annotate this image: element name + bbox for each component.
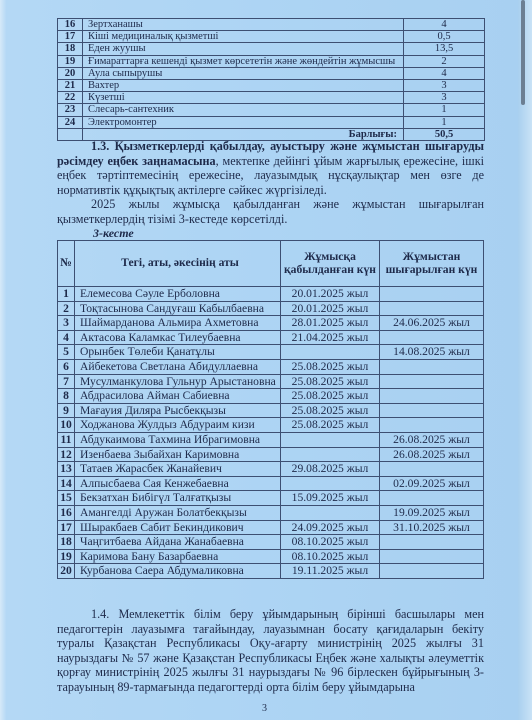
row-number: 10	[58, 418, 75, 433]
position-count: 1	[404, 104, 485, 116]
dismissed-date	[380, 301, 484, 316]
row-number: 17	[58, 520, 75, 535]
hired-date	[281, 476, 380, 491]
staff-count-table: 16Зертханашы417Кіші медициналық қызметші…	[57, 18, 485, 141]
row-number: 21	[58, 79, 83, 91]
dismissed-date	[380, 491, 484, 506]
employee-name: Орынбек Төлеби Қанатұлы	[75, 345, 281, 360]
table-row: 5Орынбек Төлеби Қанатұлы14.08.2025 жыл	[58, 345, 484, 360]
table-row: 10Ходжанова Жулдыз Абдураим кизи25.08.20…	[58, 418, 484, 433]
position-name: Электромонтер	[83, 116, 404, 128]
position-name: Еден жуушы	[83, 43, 404, 55]
employee-name: Татаев Жарасбек Жанайевич	[75, 462, 281, 477]
scrollbar[interactable]	[518, 0, 532, 720]
position-name: Зертханашы	[83, 19, 404, 31]
row-number: 7	[58, 374, 75, 389]
row-number: 13	[58, 462, 75, 477]
page-number: 3	[262, 703, 267, 714]
employee-name: Курбанова Саера Абдумаликовна	[75, 564, 281, 579]
table-row: 14Алпысбаева Сая Кенжебаевна02.09.2025 ж…	[58, 476, 484, 491]
hired-date: 19.11.2025 жыл	[281, 564, 380, 579]
employee-name: Абдукаимова Тахмина Ибрагимовна	[75, 432, 281, 447]
hired-date: 21.04.2025 жыл	[281, 330, 380, 345]
row-number: 8	[58, 389, 75, 404]
employee-name: Актасова Каламкас Тилеубаевна	[75, 330, 281, 345]
hired-date	[281, 432, 380, 447]
page-edge	[0, 0, 6, 720]
row-number: 9	[58, 403, 75, 418]
dismissed-date	[380, 462, 484, 477]
hired-date: 24.09.2025 жыл	[281, 520, 380, 535]
dismissed-date	[380, 287, 484, 302]
dismissed-date: 26.08.2025 жыл	[380, 432, 484, 447]
hired-date	[281, 447, 380, 462]
header-dismissed: Жұмыстан шығарылған күн	[380, 241, 484, 287]
employee-name: Абдрасилова Айман Сабиевна	[75, 389, 281, 404]
employee-name: Айбекетова Светлана Абидуллаевна	[75, 359, 281, 374]
hired-date: 25.08.2025 жыл	[281, 374, 380, 389]
hired-date	[281, 505, 380, 520]
table-row: 3Шаймарданова Альмира Ахметовна28.01.202…	[58, 316, 484, 331]
hired-date: 25.08.2025 жыл	[281, 359, 380, 374]
table-row: 8Абдрасилова Айман Сабиевна25.08.2025 жы…	[58, 389, 484, 404]
hired-date: 20.01.2025 жыл	[281, 301, 380, 316]
row-number: 19	[58, 549, 75, 564]
table-row: 7Мусулманкулова Гульнур Арыстановна25.08…	[58, 374, 484, 389]
position-name: Аула сыпырушы	[83, 67, 404, 79]
employee-name: Алпысбаева Сая Кенжебаевна	[75, 476, 281, 491]
row-number: 14	[58, 476, 75, 491]
employee-name: Изенбаева Зыбайхан Каримовна	[75, 447, 281, 462]
row-number: 22	[58, 92, 83, 104]
table-row: 16Зертханашы4	[58, 19, 485, 31]
dismissed-date: 19.09.2025 жыл	[380, 505, 484, 520]
row-number: 17	[58, 31, 83, 43]
dismissed-date	[380, 535, 484, 550]
table-row: 2Тоқтасынова Сандуғаш Кабылбаевна20.01.2…	[58, 301, 484, 316]
dismissed-date	[380, 389, 484, 404]
dismissed-date	[380, 374, 484, 389]
hiring-dismissal-table: № Тегі, аты, әкесінің аты Жұмысқа қабылд…	[57, 240, 484, 579]
table-row: 15Бекзатхан Бибігүл Талғатқызы15.09.2025…	[58, 491, 484, 506]
table-row: 4Актасова Каламкас Тилеубаевна21.04.2025…	[58, 330, 484, 345]
position-name: Ғимараттарға кешенді қызмет көрсететін ж…	[83, 55, 404, 67]
table-row: 17Шыракбаев Сабит Бекиндикович24.09.2025…	[58, 520, 484, 535]
position-name: Слесарь-сантехник	[83, 104, 404, 116]
row-number: 24	[58, 116, 83, 128]
position-name: Вахтер	[83, 79, 404, 91]
position-count: 3	[404, 79, 485, 91]
row-number: 1	[58, 287, 75, 302]
row-number: 18	[58, 535, 75, 550]
table-header-row: № Тегі, аты, әкесінің аты Жұмысқа қабылд…	[58, 241, 484, 287]
row-number: 6	[58, 359, 75, 374]
employee-name: Тоқтасынова Сандуғаш Кабылбаевна	[75, 301, 281, 316]
row-number: 2	[58, 301, 75, 316]
table-row: 1Елемесова Сәуле Ерболовна20.01.2025 жыл	[58, 287, 484, 302]
row-number: 16	[58, 19, 83, 31]
section-1-3-paragraph: 1.3. Қызметкерлерді қабылдау, ауыстыру ж…	[57, 139, 484, 197]
position-count: 0,5	[404, 31, 485, 43]
hired-date: 15.09.2025 жыл	[281, 491, 380, 506]
dismissed-date	[380, 549, 484, 564]
row-number: 4	[58, 330, 75, 345]
employee-name: Ходжанова Жулдыз Абдураим кизи	[75, 418, 281, 433]
dismissed-date: 02.09.2025 жыл	[380, 476, 484, 491]
employee-name: Елемесова Сәуле Ерболовна	[75, 287, 281, 302]
employee-name: Амангелді Аружан Болатбекқызы	[75, 505, 281, 520]
employee-name: Бекзатхан Бибігүл Талғатқызы	[75, 491, 281, 506]
section-1-4-text: 1.4. Мемлекеттік білім беру ұйымдарының …	[57, 607, 484, 694]
table-row: 6Айбекетова Светлана Абидуллаевна25.08.2…	[58, 359, 484, 374]
dismissed-date: 24.06.2025 жыл	[380, 316, 484, 331]
hired-date	[281, 345, 380, 360]
table-row: 20Аула сыпырушы4	[58, 67, 485, 79]
table-row: 13Татаев Жарасбек Жанайевич29.08.2025 жы…	[58, 462, 484, 477]
position-count: 2	[404, 55, 485, 67]
position-name: Күзетші	[83, 92, 404, 104]
row-number: 19	[58, 55, 83, 67]
table-row: 16Амангелді Аружан Болатбекқызы19.09.202…	[58, 505, 484, 520]
dismissed-date	[380, 359, 484, 374]
dismissed-date	[380, 564, 484, 579]
row-number: 16	[58, 505, 75, 520]
table-row: 24Электромонтер1	[58, 116, 485, 128]
dismissed-date	[380, 418, 484, 433]
position-count: 4	[404, 67, 485, 79]
table-row: 23Слесарь-сантехник1	[58, 104, 485, 116]
position-count: 1	[404, 116, 485, 128]
hired-date: 25.08.2025 жыл	[281, 418, 380, 433]
position-count: 4	[404, 19, 485, 31]
document-page: 16Зертханашы417Кіші медициналық қызметші…	[0, 0, 532, 720]
position-name: Кіші медициналық қызметші	[83, 31, 404, 43]
employee-name: Чаңгитбаева Айдана Жанабаевна	[75, 535, 281, 550]
hired-date: 08.10.2025 жыл	[281, 535, 380, 550]
table-row: 18Еден жуушы13,5	[58, 43, 485, 55]
hired-date: 25.08.2025 жыл	[281, 389, 380, 404]
dismissed-date: 26.08.2025 жыл	[380, 447, 484, 462]
header-no: №	[58, 241, 75, 287]
dismissed-date	[380, 403, 484, 418]
row-number: 15	[58, 491, 75, 506]
dismissed-date	[380, 330, 484, 345]
table-row: 19Ғимараттарға кешенді қызмет көрсететін…	[58, 55, 485, 67]
row-number: 18	[58, 43, 83, 55]
position-count: 13,5	[404, 43, 485, 55]
employee-name: Мусулманкулова Гульнур Арыстановна	[75, 374, 281, 389]
header-hired: Жұмысқа қабылданған күн	[281, 241, 380, 287]
dismissed-date: 14.08.2025 жыл	[380, 345, 484, 360]
row-number: 5	[58, 345, 75, 360]
table-row: 21Вахтер3	[58, 79, 485, 91]
dismissed-date: 31.10.2025 жыл	[380, 520, 484, 535]
section-1-3-para2-text: 2025 жылы жұмысқа қабылданған және жұмыс…	[57, 197, 484, 226]
employee-name: Шыракбаев Сабит Бекиндикович	[75, 520, 281, 535]
table-row: 17Кіші медициналық қызметші0,5	[58, 31, 485, 43]
table-row: 20Курбанова Саера Абдумаликовна19.11.202…	[58, 564, 484, 579]
section-1-3-paragraph-2: 2025 жылы жұмысқа қабылданған және жұмыс…	[57, 197, 484, 226]
hired-date: 25.08.2025 жыл	[281, 403, 380, 418]
scrollbar-thumb[interactable]	[521, 0, 525, 105]
table-row: 19Каримова Бану Базарбаевна08.10.2025 жы…	[58, 549, 484, 564]
employee-name: Каримова Бану Базарбаевна	[75, 549, 281, 564]
table-3-caption: 3-кесте	[93, 226, 134, 241]
row-number: 3	[58, 316, 75, 331]
hired-date: 20.01.2025 жыл	[281, 287, 380, 302]
row-number: 20	[58, 564, 75, 579]
table-row: 11Абдукаимова Тахмина Ибрагимовна26.08.2…	[58, 432, 484, 447]
table-row: 18Чаңгитбаева Айдана Жанабаевна08.10.202…	[58, 535, 484, 550]
row-number: 23	[58, 104, 83, 116]
table-row: 9Мағауия Диляра Рысбекқызы25.08.2025 жыл	[58, 403, 484, 418]
table-row: 22Күзетші3	[58, 92, 485, 104]
header-name: Тегі, аты, әкесінің аты	[75, 241, 281, 287]
row-number: 11	[58, 432, 75, 447]
position-count: 3	[404, 92, 485, 104]
section-1-4-paragraph: 1.4. Мемлекеттік білім беру ұйымдарының …	[57, 607, 484, 695]
hired-date: 29.08.2025 жыл	[281, 462, 380, 477]
row-number: 20	[58, 67, 83, 79]
hired-date: 08.10.2025 жыл	[281, 549, 380, 564]
hired-date: 28.01.2025 жыл	[281, 316, 380, 331]
table-row: 12Изенбаева Зыбайхан Каримовна26.08.2025…	[58, 447, 484, 462]
employee-name: Шаймарданова Альмира Ахметовна	[75, 316, 281, 331]
employee-name: Мағауия Диляра Рысбекқызы	[75, 403, 281, 418]
row-number: 12	[58, 447, 75, 462]
